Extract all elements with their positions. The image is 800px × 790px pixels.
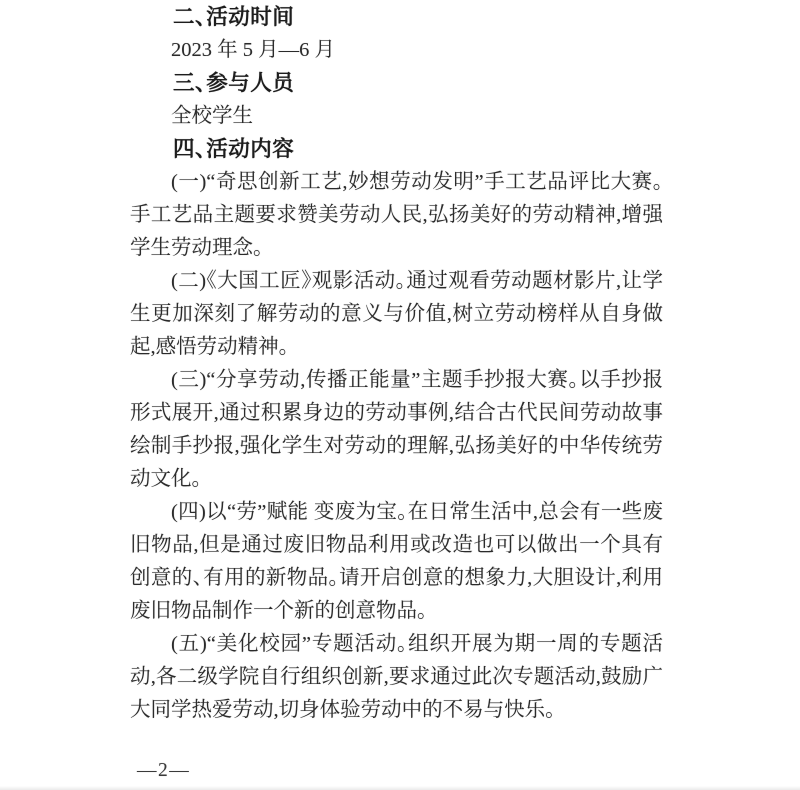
body-paragraph: (一)“奇思创新工艺,妙想劳动发明”手工艺品评比大赛。手工艺品主题要求赞美劳动人… <box>130 166 663 265</box>
section-heading: 四、活动内容 <box>130 133 663 166</box>
document-body: 二、活动时间2023 年 5 月—6 月三、参与人员全校学生四、活动内容(一)“… <box>130 1 663 727</box>
section-heading: 三、参与人员 <box>130 67 663 100</box>
page-number: —2— <box>137 759 190 783</box>
section-heading: 二、活动时间 <box>130 1 663 34</box>
body-paragraph: (二)《大国工匠》观影活动。通过观看劳动题材影片,让学生更加深刻了解劳动的意义与… <box>130 265 663 364</box>
scan-bottom-edge <box>0 786 800 790</box>
body-paragraph: 全校学生 <box>130 100 663 133</box>
document-page: 二、活动时间2023 年 5 月—6 月三、参与人员全校学生四、活动内容(一)“… <box>0 0 800 790</box>
body-paragraph: 2023 年 5 月—6 月 <box>130 34 663 67</box>
body-paragraph: (五)“美化校园”专题活动。组织开展为期一周的专题活动,各二级学院自行组织创新,… <box>130 628 663 727</box>
body-paragraph: (四)以“劳”赋能 变废为宝。在日常生活中,总会有一些废旧物品,但是通过废旧物品… <box>130 496 663 628</box>
body-paragraph: (三)“分享劳动,传播正能量”主题手抄报大赛。以手抄报形式展开,通过积累身边的劳… <box>130 364 663 496</box>
